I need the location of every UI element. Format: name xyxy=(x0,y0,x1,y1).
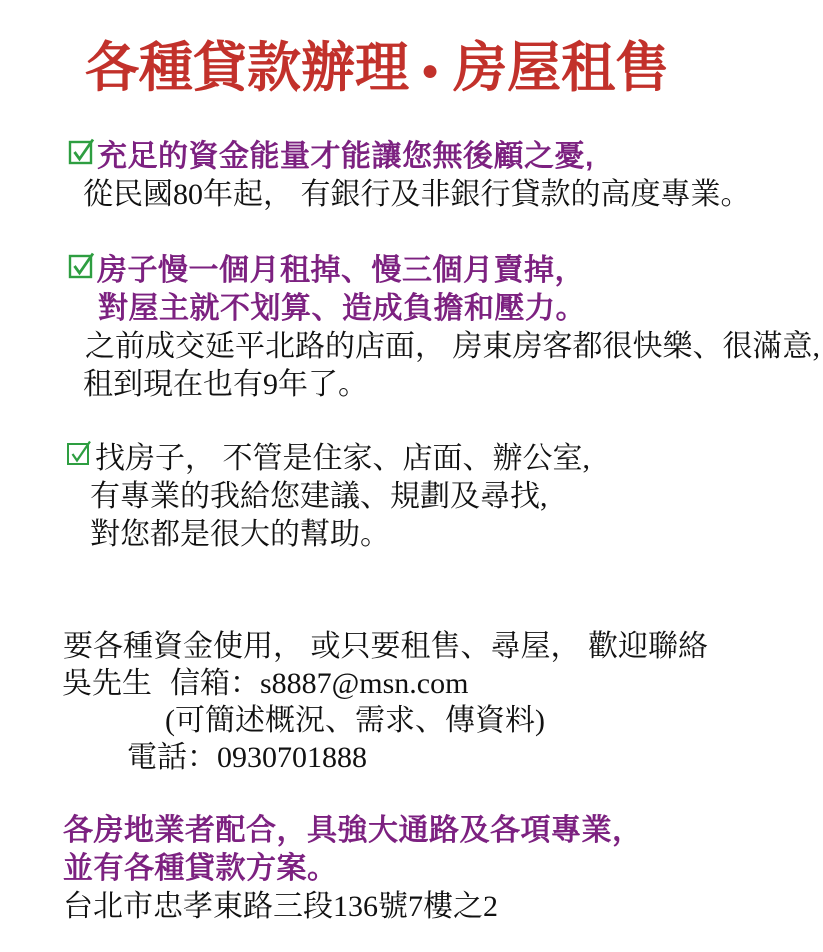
paragraph-line-text: 找房子， 不管是住家、店面、辦公室, xyxy=(95,442,590,475)
footer-line-text: 並有各種貸款方案。 xyxy=(63,852,338,885)
contact-note-text: (可簡述概況、需求、傳資料) xyxy=(165,704,545,737)
contact-note: (可簡述概況、需求、傳資料) xyxy=(165,702,823,739)
paragraph-line-text: 租到現在也有9年了。 xyxy=(83,368,368,401)
paragraph-line: 從民國80年起， 有銀行及非銀行貸款的高度專業。 xyxy=(83,176,823,214)
paragraph-line: 有專業的我給您建議、規劃及尋找, xyxy=(90,478,823,516)
bullet-dot-icon: ● xyxy=(421,54,439,87)
paragraph-funding: 充足的資金能量才能讓您無後顧之憂, 從民國80年起， 有銀行及非銀行貸款的高度專… xyxy=(0,137,823,214)
paragraph-line: 之前成交延平北路的店面， 房東房客都很快樂、很滿意, xyxy=(85,328,823,366)
email-label: 信箱： xyxy=(170,667,260,700)
page-title: 各種貸款辦理●房屋租售 xyxy=(85,38,823,101)
checkbox-checked-icon xyxy=(66,439,93,467)
paragraph-house-hunting: 找房子， 不管是住家、店面、辦公室, 有專業的我給您建議、規劃及尋找, 對您都是… xyxy=(0,439,823,554)
contact-section: 要各種資金使用， 或只要租售、尋屋， 歡迎聯絡 吳先生信箱：s8887@msn.… xyxy=(0,628,823,776)
paragraph-line: 充足的資金能量才能讓您無後顧之憂, xyxy=(68,137,823,176)
paragraph-line-text: 對屋主就不划算、造成負擔和壓力。 xyxy=(98,292,586,325)
paragraph-line: 房子慢一個月租掉、慢三個月賣掉， xyxy=(68,251,823,290)
address-text: 台北市忠孝東路三段136號7樓之2 xyxy=(63,890,498,923)
checkbox-checked-icon xyxy=(68,137,95,165)
checkbox-checked-icon xyxy=(68,251,95,279)
paragraph-line: 對屋主就不划算、造成負擔和壓力。 xyxy=(98,290,823,328)
footer-line: 並有各種貸款方案。 xyxy=(63,850,823,888)
paragraph-line-text: 房子慢一個月租掉、慢三個月賣掉， xyxy=(97,254,585,287)
contact-email-line: 吳先生信箱：s8887@msn.com xyxy=(62,665,823,702)
footer-section: 各房地業者配合，具強大通路及各項專業， 並有各種貸款方案。 台北市忠孝東路三段1… xyxy=(0,812,823,926)
paragraph-line-text: 有專業的我給您建議、規劃及尋找, xyxy=(90,480,548,513)
footer-line-text: 各房地業者配合，具強大通路及各項專業， xyxy=(63,814,643,847)
paragraph-line: 租到現在也有9年了。 xyxy=(83,366,823,404)
page-title-left: 各種貸款辦理 xyxy=(85,38,409,98)
contact-phone-line: 電話：0930701888 xyxy=(127,739,823,776)
contact-intro: 要各種資金使用， 或只要租售、尋屋， 歡迎聯絡 xyxy=(63,628,823,665)
phone-number: 0930701888 xyxy=(217,741,367,774)
phone-label: 電話： xyxy=(127,741,217,774)
paragraph-line-text: 對您都是很大的幫助。 xyxy=(90,518,390,551)
paragraph-line: 找房子， 不管是住家、店面、辦公室, xyxy=(66,439,823,478)
paragraph-rent-sell: 房子慢一個月租掉、慢三個月賣掉， 對屋主就不划算、造成負擔和壓力。 之前成交延平… xyxy=(0,251,823,404)
paragraph-line-text: 從民國80年起， 有銀行及非銀行貸款的高度專業。 xyxy=(83,178,751,211)
footer-line: 各房地業者配合，具強大通路及各項專業， xyxy=(63,812,823,850)
email-address: s8887@msn.com xyxy=(260,667,468,700)
contact-name: 吳先生 xyxy=(62,667,152,700)
flyer-page: 各種貸款辦理●房屋租售 充足的資金能量才能讓您無後顧之憂, 從民國80年起， 有… xyxy=(0,0,823,952)
paragraph-line: 對您都是很大的幫助。 xyxy=(90,516,823,554)
paragraph-line-text: 之前成交延平北路的店面， 房東房客都很快樂、很滿意, xyxy=(85,330,820,363)
address: 台北市忠孝東路三段136號7樓之2 xyxy=(63,888,823,926)
contact-intro-text: 要各種資金使用， 或只要租售、尋屋， 歡迎聯絡 xyxy=(63,630,708,663)
paragraph-line-text: 充足的資金能量才能讓您無後顧之憂, xyxy=(97,140,594,173)
page-title-right: 房屋租售 xyxy=(453,38,669,98)
